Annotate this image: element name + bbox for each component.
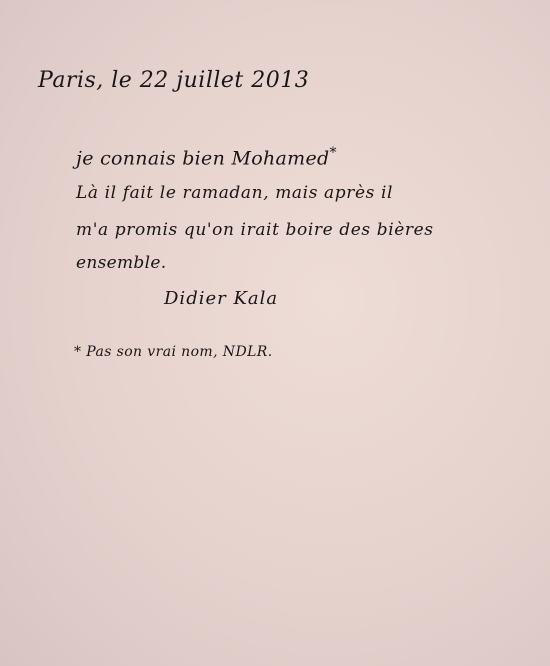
body-line-3: m'a promis qu'on irait boire des bières (76, 220, 434, 240)
body-line-1-text: je connais bien Mohamed (76, 147, 329, 169)
signature: Didier Kala (164, 288, 278, 309)
body-line-4: ensemble. (76, 253, 166, 273)
footnote: * Pas son vrai nom, NDLR. (74, 344, 273, 360)
body-line-2: Là il fait le ramadan, mais après il (76, 183, 393, 203)
body-line-1: je connais bien Mohamed* (76, 145, 337, 169)
footnote-marker: * (329, 145, 336, 161)
date-line: Paris, le 22 juillet 2013 (38, 68, 309, 93)
